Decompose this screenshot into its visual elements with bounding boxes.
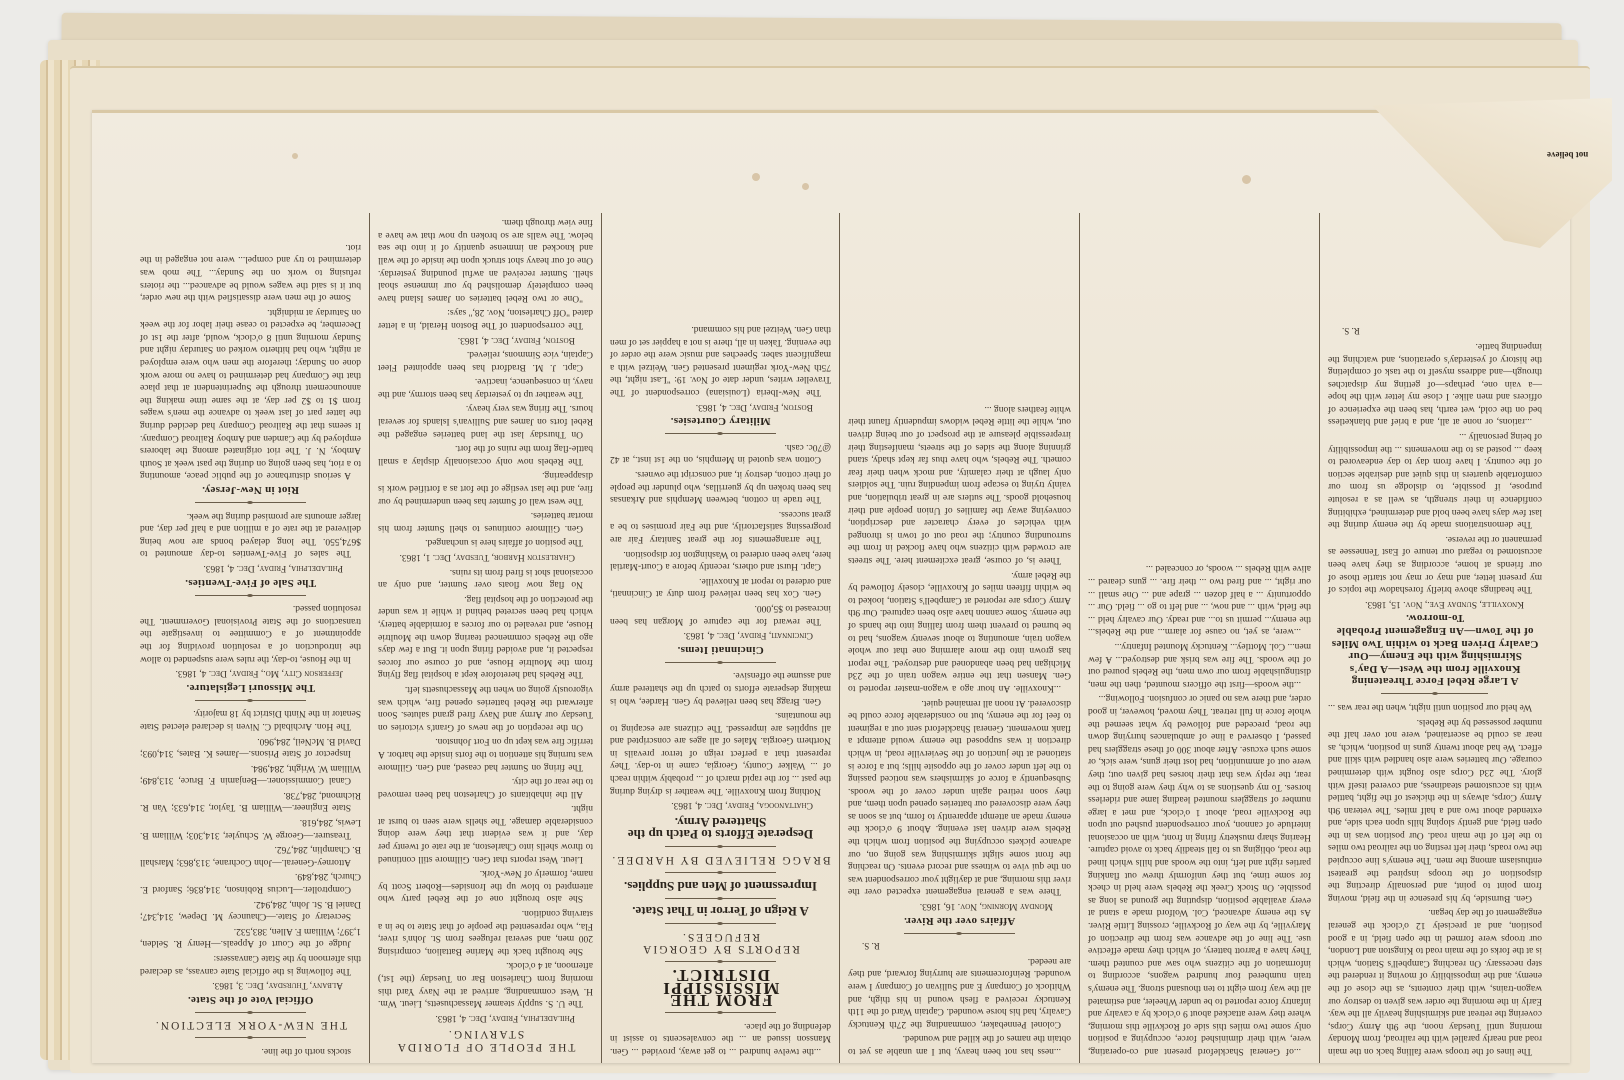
section-divider-rule [665,846,776,847]
article-paragraph: The trade in cotton, between Memphis and… [610,467,831,505]
headline: Riot in New-Jersey. [140,483,361,496]
section-divider-rule [195,700,306,701]
article-paragraph: The position of affairs here is unchange… [378,536,593,549]
column-3: ...the twelve hundred ... to get away, p… [602,213,840,1063]
column-6: The lines of the troops were falling bac… [1320,213,1550,1063]
article-paragraph: "One or two Rebel batteries on James Isl… [378,216,593,304]
foxing-spot [802,183,809,190]
newspaper-columns: The lines of the troops were falling bac… [132,213,1550,1063]
headline: A Large Rebel Force Threatening Knoxvill… [1328,612,1542,688]
main-headline: FROM THE MISSISSIPPI DISTRICT. [610,968,831,1006]
dateline: Albany, Thursday, Dec. 3, 1863. [140,979,361,992]
article-paragraph: Colonel Pennebaker, commanding the 27th … [848,954,1071,1030]
article-paragraph: There is, of course, great excitement he… [848,402,1071,566]
foxing-spot [752,173,760,181]
section-divider-rule [195,1012,306,1013]
article-paragraph: A serious disturbance of the public peac… [140,305,361,481]
section-divider-rule [665,961,776,962]
article-paragraph: ...ness has not been heavy, but I am una… [848,1032,1071,1057]
sub-headline: Impressment of Men and Supplies. [610,879,831,892]
article-paragraph: The correspondent of The Boston Herald, … [378,306,593,331]
sub-headline: BRAGG RELIEVED BY HARDEE. [610,853,831,866]
dateline: Jefferson City, Mo., Friday, Dec. 4, 186… [140,667,361,680]
article-paragraph: Nothing from Knoxville. The weather is d… [610,709,831,797]
article-paragraph: Gen. Burnside, by his presence in the fi… [1328,715,1542,904]
article-paragraph: ...of General Shackleford present and co… [1088,692,1311,1057]
article-paragraph: Treasurer.—George W. Schuyler, 314,303; … [140,816,361,841]
dateline: Chattanooga, Friday, Dec. 4, 1863. [610,799,831,812]
dateline: Philadelphia, Friday, Dec. 4, 1863. [378,1011,593,1024]
dateline: Knoxville, Sunday Eve., Nov. 15, 1863. [1328,597,1542,610]
article-paragraph: All the inhabitants of Charleston had be… [378,775,593,800]
article-paragraph: The west wall of Sumter has been undermi… [378,469,593,507]
article-paragraph: Capt. J. M. Bradford has been appointed … [378,348,593,373]
column-5: ...of General Shackleford present and co… [1080,213,1320,1063]
article-paragraph: stocks north of the line. [140,1044,361,1057]
article-paragraph: Lieut. West reports that Gen. Gillmore s… [378,802,593,865]
article-paragraph: The Hon. Archibald C. Niven is declared … [140,707,361,732]
section-divider-rule [195,1037,306,1038]
article-paragraph: Gen. Cox has been relieved from duty at … [610,574,831,599]
article-paragraph: The arrangements for the great Sanitary … [610,507,831,545]
article-paragraph: Canal Commissioner.—Benjamin F. Bruce, 3… [140,761,361,786]
headline: Cincinnati Items. [610,643,831,656]
article-paragraph: ...Knoxville. An hour ago a wagon-master… [848,568,1071,694]
sub-headline: REPORTS BY GEORGIA REFUGEES. [610,930,831,955]
article-paragraph: The U. S. supply steamer Massachusetts, … [378,959,593,1009]
article-paragraph: She also brought one of the Rebel party … [378,867,593,905]
article-paragraph: On the reception of the news of Grant's … [378,682,593,732]
article-paragraph: The sales of Five-Twenties to-day amount… [140,509,361,559]
rotated-print-area: The lines of the troops were falling bac… [132,213,1550,1063]
dateline: Cincinnati, Friday, Dec. 4, 1863. [610,629,831,642]
article-paragraph: ...rations, or none at all, and a brief … [1328,339,1542,427]
sub-headline: Desperate Efforts to Patch up the Shatte… [610,815,831,840]
article-paragraph: Comptroller.—Lucius Robinson, 314,836; S… [140,870,361,895]
article-paragraph: She brought back the Marine Battalion, c… [378,906,593,956]
column-2: THE PEOPLE OF FLORIDA STARVING.Philadelp… [370,213,602,1063]
headline: The Sale of Five-Twenties. [140,576,361,589]
article-paragraph: Inspector of State Prisons.—James K. Bat… [140,734,361,759]
section-divider-rule [195,595,306,596]
section-divider-rule [904,933,1016,934]
article-paragraph: The New-Iberia (Louisiana) correspondent… [610,323,831,399]
article-paragraph: Some of the men were dissatisfied with t… [140,240,361,303]
column-4: ...ness has not been heavy, but I am una… [840,213,1080,1063]
article-paragraph: On Thursday last the land batteries enga… [378,402,593,440]
headline: Military Courtesies. [610,415,831,428]
corner-fragment-text: not believe [1547,150,1588,160]
byline-initials: R. S. [1328,325,1542,338]
article-paragraph: Gen. Bragg has been relieved by Gen. Har… [610,669,831,707]
article-paragraph: The Rebels now only occasionally display… [378,442,593,467]
dateline: Charleston Harbor, Tuesday, Dec. 1, 1863… [378,550,593,563]
article-paragraph: Attorney-General.—John Cochrane, 313,863… [140,843,361,868]
article-paragraph: Secretary of State.—Chauncey M. Depew, 3… [140,897,361,922]
headline: Affairs over the River. [848,914,1071,927]
article-paragraph: Capt. Hurst and others, recently before … [610,547,831,572]
article-paragraph: The following is the official State canv… [140,951,361,976]
dateline: Boston, Friday, Dec. 4, 1863. [378,333,593,346]
section-divider-rule [665,662,776,663]
dateline: Philadelphia, Friday, Dec. 4, 1863. [140,561,361,574]
article-paragraph: The Rebels had heretofore kept a hospita… [378,592,593,680]
foxing-spot [1242,175,1251,184]
section-divider-rule [665,433,776,434]
newspaper-top-page: The lines of the troops were falling bac… [92,110,1570,1063]
article-paragraph: ...were, as yet, no cause for alarm... a… [1088,562,1311,638]
section-divider-rule [195,502,306,503]
article-paragraph: The reward for the capture of Morgan has… [610,601,831,626]
section-divider-rule [1382,693,1489,694]
headline: THE PEOPLE OF FLORIDA STARVING. [378,1028,593,1053]
sub-headline: A Reign of Terror in That State. [610,905,831,918]
article-paragraph: Judge of the Court of Appeals.—Henry R. … [140,924,361,949]
article-paragraph: ...the twelve hundred ... to get away, p… [610,1019,831,1057]
article-paragraph: There was a general engagement expected … [848,696,1071,898]
section-divider-rule [665,1012,776,1013]
headline: THE NEW-YORK ELECTION. [140,1019,361,1032]
article-paragraph: State Engineer.—William B. Taylor, 314,6… [140,788,361,813]
headline: The Missouri Legislature. [140,681,361,694]
article-paragraph: Gen. Gillmore continues to shell Sumter … [378,509,593,534]
section-divider-rule [665,923,776,924]
article-paragraph: The demonstrations made by the enemy dur… [1328,430,1542,531]
article-paragraph: ...the woods—first the officers mounted,… [1088,639,1311,689]
article-paragraph: We held our position until night, when t… [1328,700,1542,713]
dateline: Boston, Friday, Dec. 4, 1863. [610,400,831,413]
article-paragraph: The lines of the troops were falling bac… [1328,906,1542,1057]
article-paragraph: "Last night, a sergeant and ten privates… [378,213,593,214]
foxing-spot [292,153,298,159]
article-paragraph: Cotton was quoted in Memphis, on the 1st… [610,440,831,465]
section-divider-rule [665,872,776,873]
article-paragraph: No flag now floats over Sumter, and only… [378,565,593,590]
section-divider-rule [665,898,776,899]
article-paragraph: The weather up to yesterday has been sto… [378,375,593,400]
byline-initials: R. S. [848,940,1071,953]
article-paragraph: The firing on Sumter had ceased, and Gen… [378,735,593,773]
dateline: Monday Morning, Nov. 16, 1863. [848,899,1071,912]
headline: Official Vote of the State. [140,993,361,1006]
column-1: stocks north of the line.THE NEW-YORK EL… [132,213,370,1063]
article-paragraph: In the House, to-day, the rules were sus… [140,602,361,665]
article-paragraph: The headings above briefly foreshadow th… [1328,532,1542,595]
